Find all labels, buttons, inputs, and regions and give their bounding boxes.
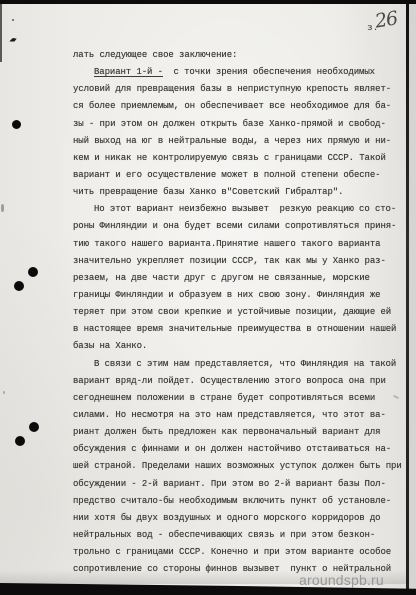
text-line: обсуждения с финнами и он должен настойч… (73, 441, 415, 458)
text-line: чить превращение базы Ханко в"Советский … (73, 184, 415, 201)
text-line: нейтральных вод - обеспечивающих связь и… (73, 527, 415, 544)
text-line: границы Финляндии и образуем в них свою … (73, 287, 415, 304)
ink-dot (28, 267, 38, 277)
text-line: Но этот вариант неизбежно вызывет резкую… (73, 201, 415, 218)
text-line: в настоящее время значительные преимущес… (73, 321, 415, 338)
text-line: В связи с этим нам представляется, что Ф… (73, 356, 415, 373)
page-number-handwritten: 26 (373, 7, 398, 32)
text-line: роны Финляндии и она будет всеми силами … (73, 218, 415, 235)
watermark: aroundspb.ru (299, 572, 384, 588)
scanner-background-strip (409, 0, 416, 595)
paper-edge-line (406, 0, 409, 595)
text-line-variant-heading: Вариант 1-й - с точки зрения обеспечения… (73, 64, 415, 81)
ink-dot (15, 436, 25, 446)
text-line: нии хотя бы двух воздушных и одного морс… (73, 510, 415, 527)
text-line: ся более приемлемым, он обеспечивает все… (73, 98, 415, 115)
text-line: шей страной. Пределами наших возможных у… (73, 458, 415, 475)
ink-dot (29, 422, 39, 432)
scan-edge-top (0, 0, 416, 4)
text-line: условий для превращения базы в неприступ… (73, 81, 415, 98)
text-line: вариант и его осуществление может в полн… (73, 167, 415, 184)
ink-speck (3, 391, 5, 394)
text-line: теряет при этом свои крепкие и устойчивы… (73, 304, 415, 321)
text-line: лать следующее свое заключение: (73, 47, 415, 64)
ink-dot (14, 281, 24, 291)
text-line: зы - при этом он должен открыть базе Хан… (73, 116, 415, 133)
text-line: вариант вряд-ли пойдет. Осуществлению эт… (73, 373, 415, 390)
text-line: силами. Но несмотря на это нам представл… (73, 407, 415, 424)
variant-heading-rest: с точки зрения обеспечения необходимых (163, 67, 375, 77)
text-line: базы на Ханко. (73, 338, 415, 355)
text-line: предство считало-бы необходимым включить… (73, 493, 415, 510)
text-line: ный выход на юг в нейтральные воды, а че… (73, 133, 415, 150)
ink-speck (1, 204, 4, 212)
scan-edge-left (0, 0, 2, 62)
text-line: значительно укрепляет позиции СССР, так … (73, 253, 415, 270)
ink-speck (12, 19, 14, 21)
document-text: лать следующее свое заключение: Вариант … (73, 47, 415, 578)
scanned-document: з. 26 лать следующее свое заключение: Ва… (0, 0, 416, 595)
text-line: кем и никак не контролируемую связь с гр… (73, 150, 415, 167)
text-line: тию такого нашего варианта.Принятие наше… (73, 236, 415, 253)
text-line: трольно с границами СССР. Конечно и при … (73, 544, 415, 561)
text-line: сегоднешнем положении в стране будет соп… (73, 390, 415, 407)
text-line: резаем, на две части друг с другом не св… (73, 270, 415, 287)
text-line: риант должен быть предложен как первонач… (73, 424, 415, 441)
variant-heading-underlined: Вариант 1-й - (94, 67, 163, 77)
text-line: обсуждении - 2-й вариант. При этом во 2-… (73, 476, 415, 493)
punch-hole (12, 120, 21, 129)
